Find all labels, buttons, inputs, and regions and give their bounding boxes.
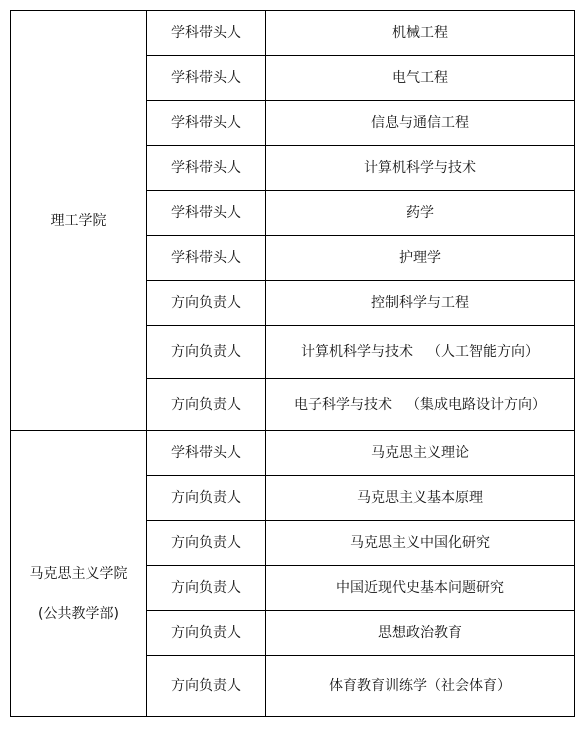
role-cell: 学科带头人 xyxy=(147,11,266,56)
college-name: 理工学院 xyxy=(11,212,146,230)
role-cell: 学科带头人 xyxy=(147,191,266,236)
role-cell: 方向负责人 xyxy=(147,379,266,431)
role-cell: 学科带头人 xyxy=(147,56,266,101)
role-cell: 学科带头人 xyxy=(147,146,266,191)
subject-cell: 思想政治教育 xyxy=(266,611,575,656)
subject-cell: 机械工程 xyxy=(266,11,575,56)
roster-table: 理工学院 学科带头人 机械工程 学科带头人 电气工程 学科带头人 信息与通信工程… xyxy=(10,10,575,717)
college-cell: 马克思主义学院 (公共教学部) xyxy=(11,431,147,717)
role-cell: 方向负责人 xyxy=(147,521,266,566)
subject-cell: 信息与通信工程 xyxy=(266,101,575,146)
subject-cell: 中国近现代史基本问题研究 xyxy=(266,566,575,611)
role-cell: 方向负责人 xyxy=(147,326,266,379)
role-cell: 方向负责人 xyxy=(147,476,266,521)
role-cell: 方向负责人 xyxy=(147,611,266,656)
role-cell: 学科带头人 xyxy=(147,236,266,281)
direction-text: （人工智能方向） xyxy=(427,344,539,360)
role-cell: 学科带头人 xyxy=(147,431,266,476)
role-cell: 方向负责人 xyxy=(147,566,266,611)
subject-cell: 护理学 xyxy=(266,236,575,281)
role-cell: 方向负责人 xyxy=(147,281,266,326)
table-row: 理工学院 学科带头人 机械工程 xyxy=(11,11,575,56)
direction-text: （集成电路设计方向） xyxy=(406,397,546,413)
subject-text: 电子科学与技术 xyxy=(294,397,392,413)
table-row: 马克思主义学院 (公共教学部) 学科带头人 马克思主义理论 xyxy=(11,431,575,476)
subject-cell: 电子科学与技术（集成电路设计方向） xyxy=(266,379,575,431)
subject-cell: 计算机科学与技术（人工智能方向） xyxy=(266,326,575,379)
college-subtitle: (公共教学部) xyxy=(11,605,146,623)
subject-cell: 马克思主义基本原理 xyxy=(266,476,575,521)
subject-cell: 药学 xyxy=(266,191,575,236)
college-cell: 理工学院 xyxy=(11,11,147,431)
subject-text: 计算机科学与技术 xyxy=(301,344,413,360)
subject-cell: 电气工程 xyxy=(266,56,575,101)
role-cell: 学科带头人 xyxy=(147,101,266,146)
subject-cell: 马克思主义中国化研究 xyxy=(266,521,575,566)
subject-cell: 体育教育训练学（社会体育） xyxy=(266,656,575,717)
role-cell: 方向负责人 xyxy=(147,656,266,717)
subject-cell: 控制科学与工程 xyxy=(266,281,575,326)
subject-cell: 马克思主义理论 xyxy=(266,431,575,476)
college-name: 马克思主义学院 xyxy=(11,565,146,583)
subject-cell: 计算机科学与技术 xyxy=(266,146,575,191)
